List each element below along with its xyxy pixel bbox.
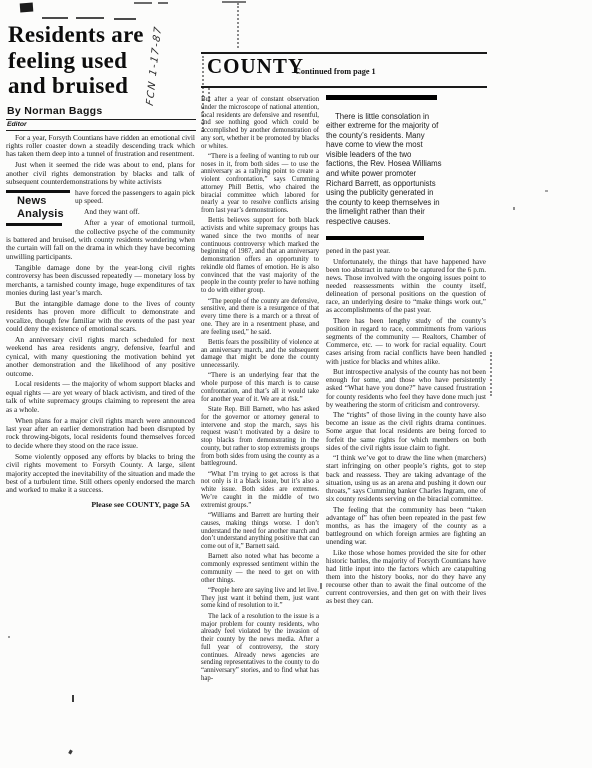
news-analysis-box: News Analysis (6, 190, 70, 226)
article-paragraph: “Williams and Barrett are hurting their … (201, 512, 319, 551)
scan-torn-edge-dots (490, 352, 492, 396)
article-paragraph: The lack of a resolution to the issue is… (201, 613, 319, 683)
scan-artifact (320, 583, 322, 589)
scan-artifact (114, 18, 136, 20)
byline-role: Editor (6, 120, 196, 130)
article-paragraph: Like those whose homes provided the site… (326, 549, 486, 606)
scan-artifact (158, 2, 168, 4)
article-paragraph: Just when it seemed the ride was about t… (6, 161, 195, 186)
scan-artifact (513, 207, 515, 210)
scan-artifact (76, 17, 104, 19)
continued-from-label: Continued from page 1 (295, 67, 376, 76)
headline-line: Residents are (8, 22, 196, 48)
pull-quote-bottom-bar (326, 236, 424, 241)
article-paragraph: An anniversary civil rights march schedu… (6, 336, 195, 378)
scan-artifact (42, 17, 68, 19)
continuation-title: COUNTY (207, 54, 304, 78)
article-paragraph: Bettis believes support for both black a… (201, 217, 319, 295)
headline: Residents are feeling used and bruised (8, 22, 196, 99)
newspaper-scan: Residents are feeling used and bruised F… (0, 0, 592, 768)
news-analysis-label: Analysis (6, 208, 70, 221)
article-paragraph: The feeling that the community has been … (326, 506, 486, 546)
article-column-1: But after a year of constant observation… (201, 96, 319, 718)
article-paragraph: Some violently opposed any efforts by bl… (6, 453, 195, 495)
article-body-continued: pened in the past year. Unfortunately, t… (326, 247, 486, 605)
article-paragraph: Tangible damage done by the year-long ci… (6, 264, 195, 298)
article-body: For a year, Forsyth Countians have ridde… (6, 134, 195, 510)
scan-artifact (8, 636, 10, 638)
article-paragraph: Bettis fears the possibility of violence… (201, 339, 319, 370)
article-paragraph: “People here are saying live and let liv… (201, 587, 319, 610)
article-paragraph: pened in the past year. (326, 247, 486, 255)
byline: By Norman Baggs (7, 105, 196, 117)
scan-artifact (222, 1, 246, 3)
article-paragraph: “There is an underlying fear that the wh… (201, 372, 319, 403)
article-paragraph: Barnett also noted what has become a com… (201, 553, 319, 584)
article-paragraph: Local residents — the majority of whom s… (6, 380, 195, 414)
article-paragraph: For a year, Forsyth Countians have ridde… (6, 134, 195, 159)
headline-line: and bruised (8, 73, 196, 99)
article-paragraph: “The people of the county are defensive,… (201, 298, 319, 337)
continuation-notice: Please see COUNTY, page 5A (6, 501, 195, 509)
article-paragraph: “There is a feeling of wanting to rub ou… (201, 153, 319, 215)
scan-artifact (72, 695, 74, 702)
article-paragraph: State Rep. Bill Barnett, who has asked f… (201, 406, 319, 468)
article-column-2: There is little consolation in either ex… (326, 95, 486, 735)
scan-artifact (68, 750, 73, 755)
news-analysis-bottom-bar (6, 223, 62, 226)
pull-quote-top-bar (326, 95, 437, 100)
scan-torn-edge-dots (237, 3, 239, 48)
scan-artifact (134, 2, 152, 4)
left-article-clipping: Residents are feeling used and bruised F… (6, 0, 196, 509)
news-analysis-label: News (6, 195, 70, 208)
article-paragraph: But the intangible damage done to the li… (6, 300, 195, 334)
article-paragraph: The “rights” of those living in the coun… (326, 411, 486, 451)
article-paragraph: There has been lengthy study of the coun… (326, 317, 486, 366)
scan-artifact (545, 190, 548, 192)
article-paragraph: “What I’m trying to get across is that n… (201, 471, 319, 510)
divider-rule (6, 130, 196, 131)
article-paragraph: When plans for a major civil rights marc… (6, 417, 195, 451)
article-paragraph: “I think we’ve got to draw the line when… (326, 454, 486, 503)
scan-ink-mark (20, 3, 34, 13)
pull-quote: There is little consolation in either ex… (326, 112, 442, 227)
article-paragraph: Unfortunately, the things that have happ… (326, 258, 486, 315)
headline-line: feeling used (8, 48, 196, 74)
header-rule-bottom (201, 86, 487, 88)
news-analysis-wrap-block: News Analysis have forced the passengers… (6, 189, 195, 261)
news-analysis-top-bar (6, 190, 70, 193)
article-paragraph: But introspective analysis of the county… (326, 368, 486, 408)
article-paragraph: But after a year of constant observation… (201, 96, 319, 150)
